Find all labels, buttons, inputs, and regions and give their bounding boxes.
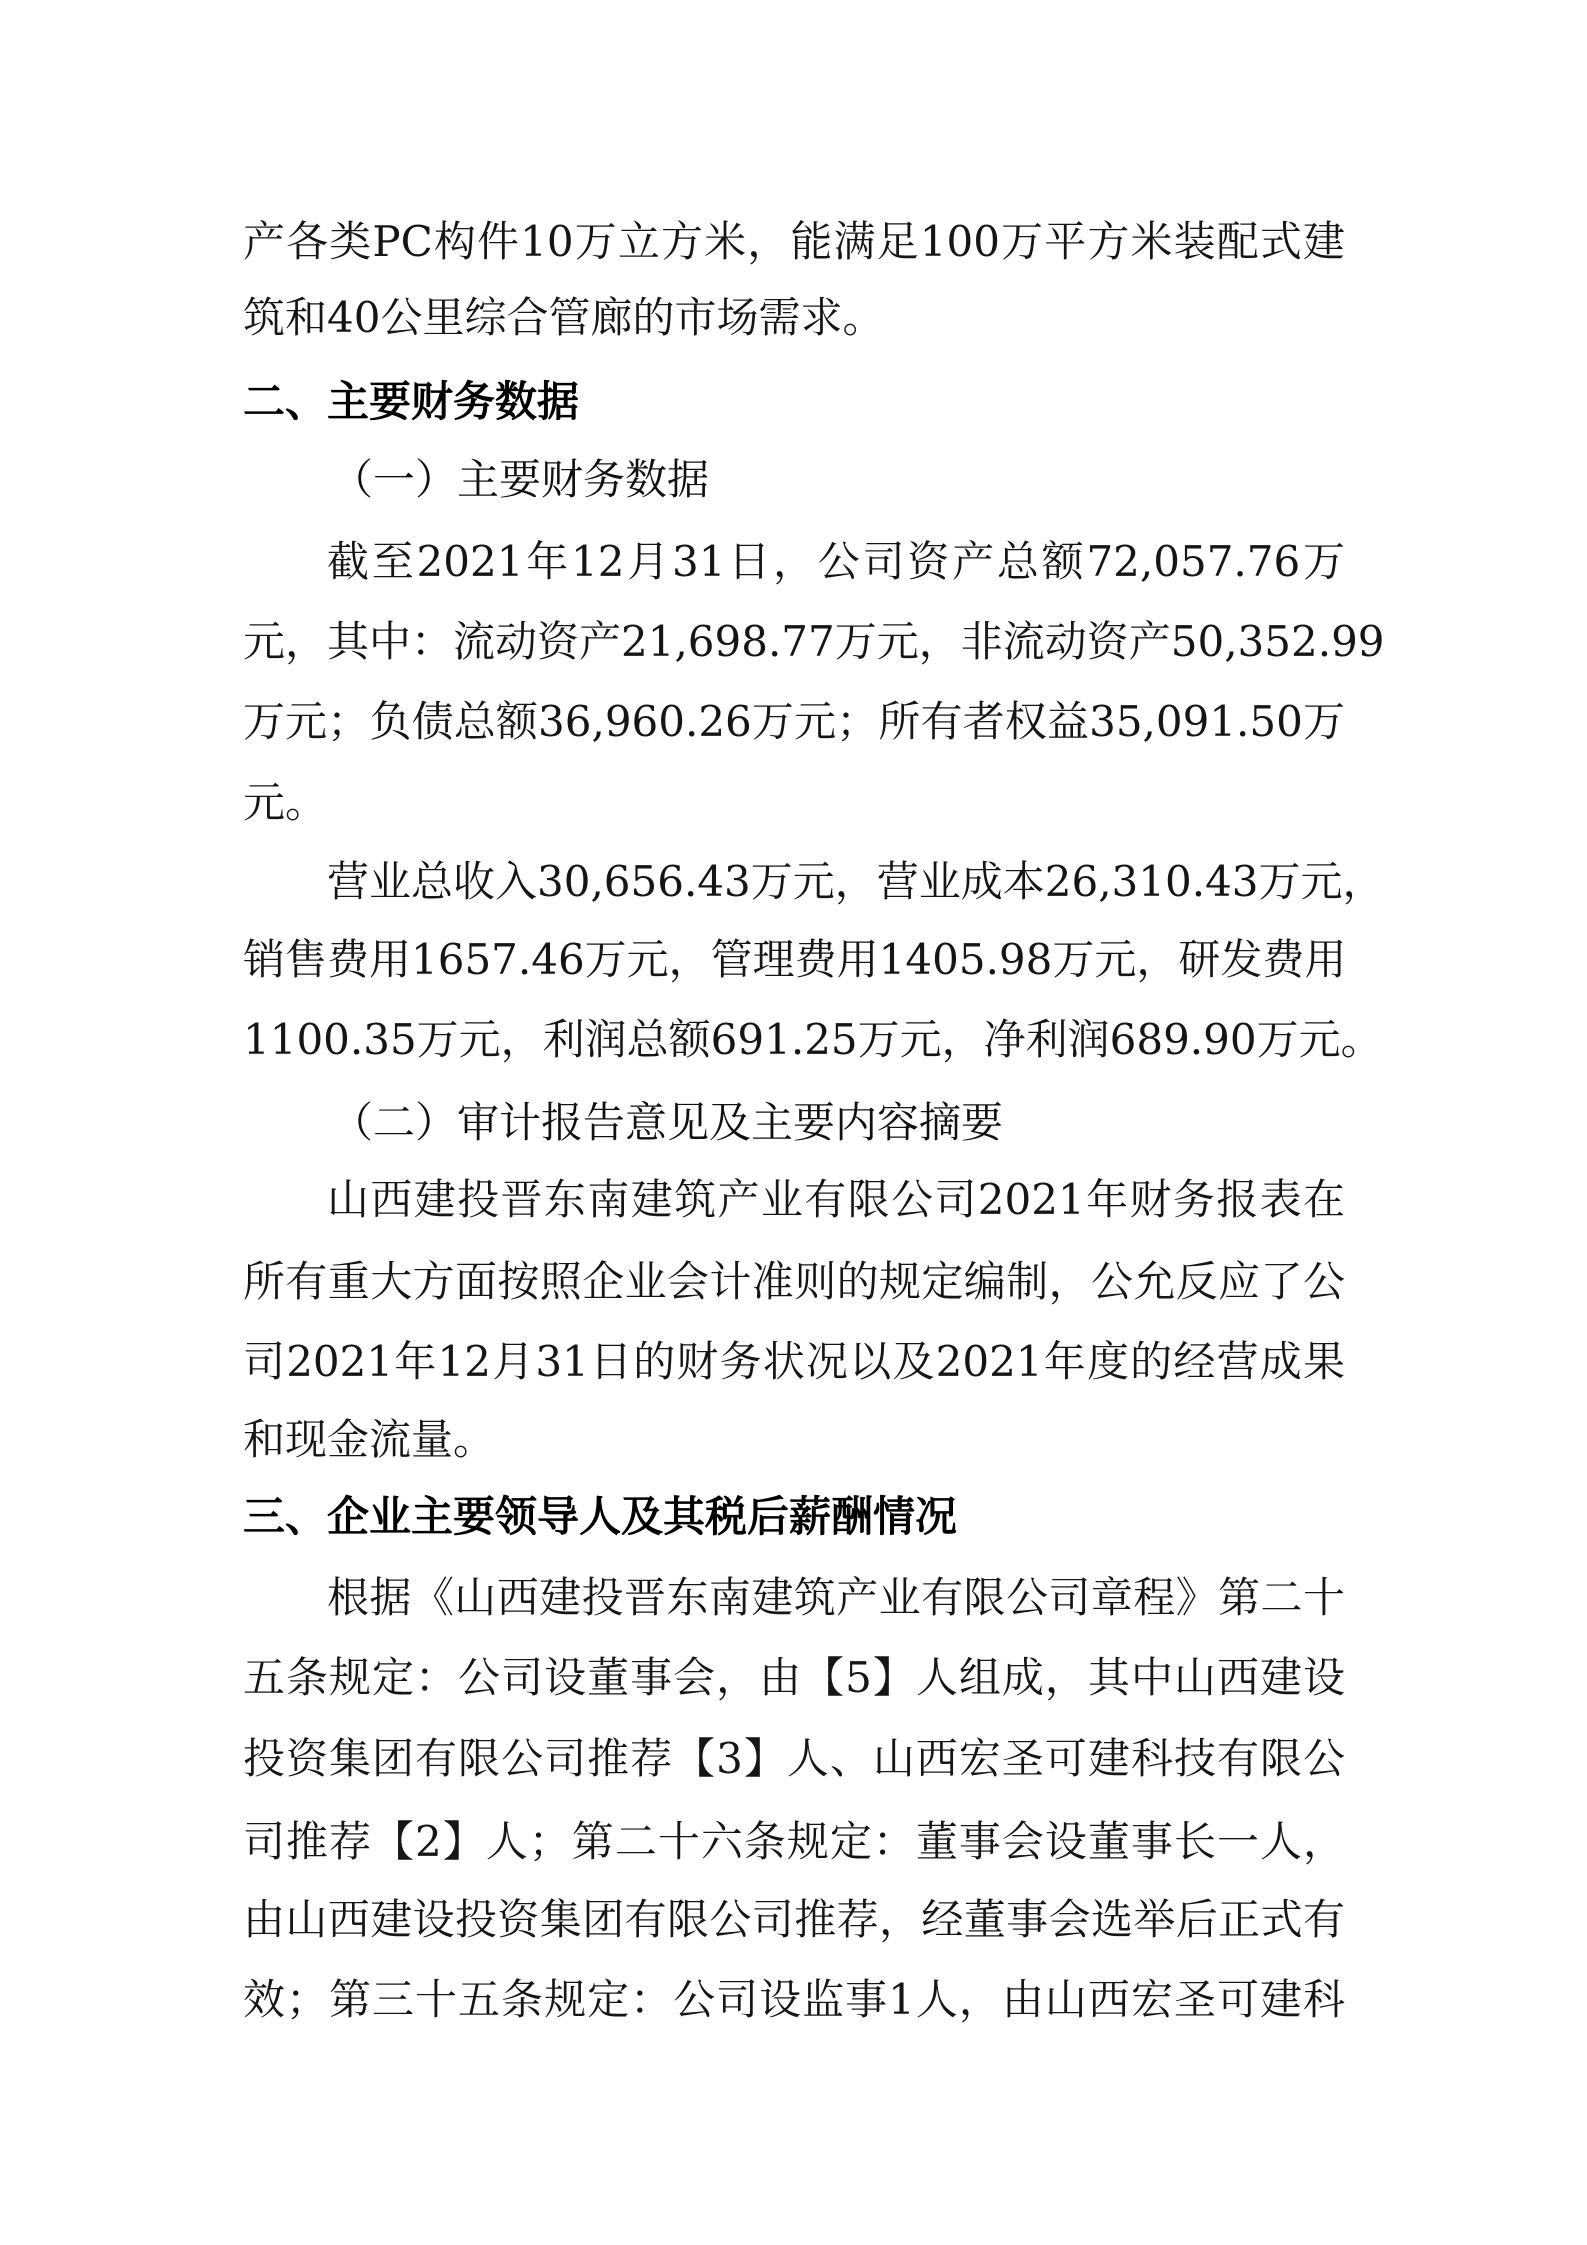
subsection-heading: （二）审计报告意见及主要内容摘要 (331, 1093, 1433, 1153)
section-heading: 二、主要财务数据 (243, 372, 1345, 432)
body-line: 根据《山西建投晋东南建筑产业有限公司章程》第二十 (327, 1568, 1345, 1628)
document-page: 产各类PC构件10万立方米，能满足100万平方米装配式建 筑和40公里综合管廊的… (0, 0, 1587, 2245)
body-line: 元。 (243, 773, 1345, 833)
body-line: 所有重大方面按照企业会计准则的规定编制，公允反应了公 (243, 1252, 1345, 1312)
body-line: 1100.35万元，利润总额691.25万元，净利润689.90万元。 (243, 1010, 1345, 1070)
body-line: 截至2021年12月31日，公司资产总额72,057.76万 (327, 532, 1345, 592)
body-line: 由山西建设投资集团有限公司推荐，经董事会选举后正式有 (243, 1890, 1345, 1950)
body-line: 元，其中：流动资产21,698.77万元，非流动资产50,352.99 (243, 612, 1345, 672)
section-heading: 三、企业主要领导人及其税后薪酬情况 (243, 1487, 1345, 1547)
body-line: 投资集团有限公司推荐【3】人、山西宏圣可建科技有限公 (243, 1729, 1345, 1789)
body-line: 营业总收入30,656.43万元，营业成本26,310.43万元， (327, 852, 1345, 912)
body-line: 司2021年12月31日的财务状况以及2021年度的经营成果 (243, 1332, 1345, 1392)
body-line: 产各类PC构件10万立方米，能满足100万平方米装配式建 (243, 212, 1345, 272)
body-line: 和现金流量。 (243, 1410, 1345, 1470)
body-line: 万元；负债总额36,960.26万元；所有者权益35,091.50万 (243, 692, 1345, 752)
body-line: 销售费用1657.46万元，管理费用1405.98万元，研发费用 (243, 930, 1345, 990)
body-line: 效；第三十五条规定：公司设监事1人，由山西宏圣可建科 (243, 1970, 1345, 2030)
body-line: 司推荐【2】人；第二十六条规定：董事会设董事长一人， (243, 1812, 1345, 1872)
body-line: 山西建投晋东南建筑产业有限公司2021年财务报表在 (327, 1170, 1345, 1230)
body-line: 筑和40公里综合管廊的市场需求。 (243, 288, 1345, 348)
body-line: 五条规定：公司设董事会，由【5】人组成，其中山西建设 (243, 1648, 1345, 1708)
subsection-heading: （一）主要财务数据 (331, 450, 1433, 510)
